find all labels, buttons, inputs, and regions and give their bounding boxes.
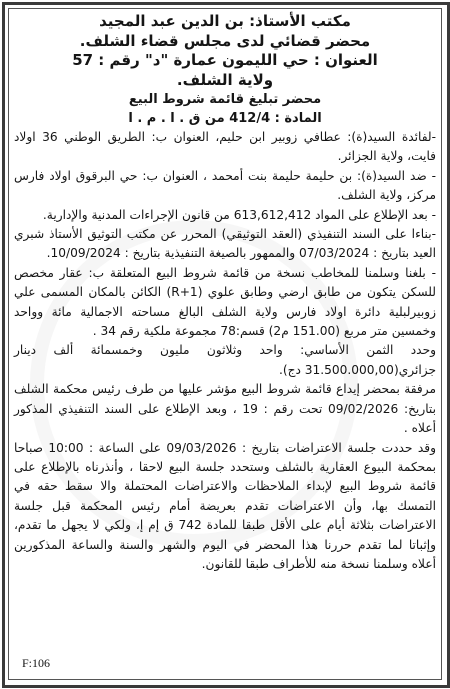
- article-reference: المادة : 412/4 من ق . ا . م . ا: [14, 109, 436, 128]
- header-line: العنوان : حي الليمون عمارة "د" رقم : 57: [14, 51, 436, 71]
- document-title: محضر تبليغ قائمة شروط البيع: [14, 90, 436, 109]
- paragraph-base-price: وحدد الثمن الأساسي: واحد وثلاثون مليون و…: [14, 341, 436, 380]
- paragraph-hearing: وقد حددت جلسة الاعتراضات بتاريخ : 09/03/…: [14, 439, 436, 575]
- header-line: ولاية الشلف.: [14, 71, 436, 91]
- paragraph-defendant: - ضد السيد(ة): بن حليمة حليمة بنت أمحمد …: [14, 167, 436, 206]
- paragraph-legal-basis: - بعد الإطلاع على المواد 613,612,412 من …: [14, 206, 436, 225]
- paragraph-beneficiary: -لفائدة السيد(ة): عطافي زوبير ابن حليم، …: [14, 128, 436, 167]
- office-header: مكتب الأستاذ: بن الدين عبد المجيد محضر ق…: [14, 12, 436, 90]
- paragraph-property: - بلغنا وسلمنا للمخاطب نسخة من قائمة شرو…: [14, 264, 436, 342]
- paragraph-executive-title: -بناءا على السند التنفيذي (العقد التوثيق…: [14, 225, 436, 264]
- notice-body: مكتب الأستاذ: بن الدين عبد المجيد محضر ق…: [14, 12, 436, 574]
- paragraph-deposit: مرفقة بمحضر إيداع قائمة شروط البيع مؤشر …: [14, 380, 436, 438]
- footer-code: F:106: [22, 656, 50, 671]
- header-line: محضر قضائي لدى مجلس قضاء الشلف.: [14, 32, 436, 52]
- header-line: مكتب الأستاذ: بن الدين عبد المجيد: [14, 12, 436, 32]
